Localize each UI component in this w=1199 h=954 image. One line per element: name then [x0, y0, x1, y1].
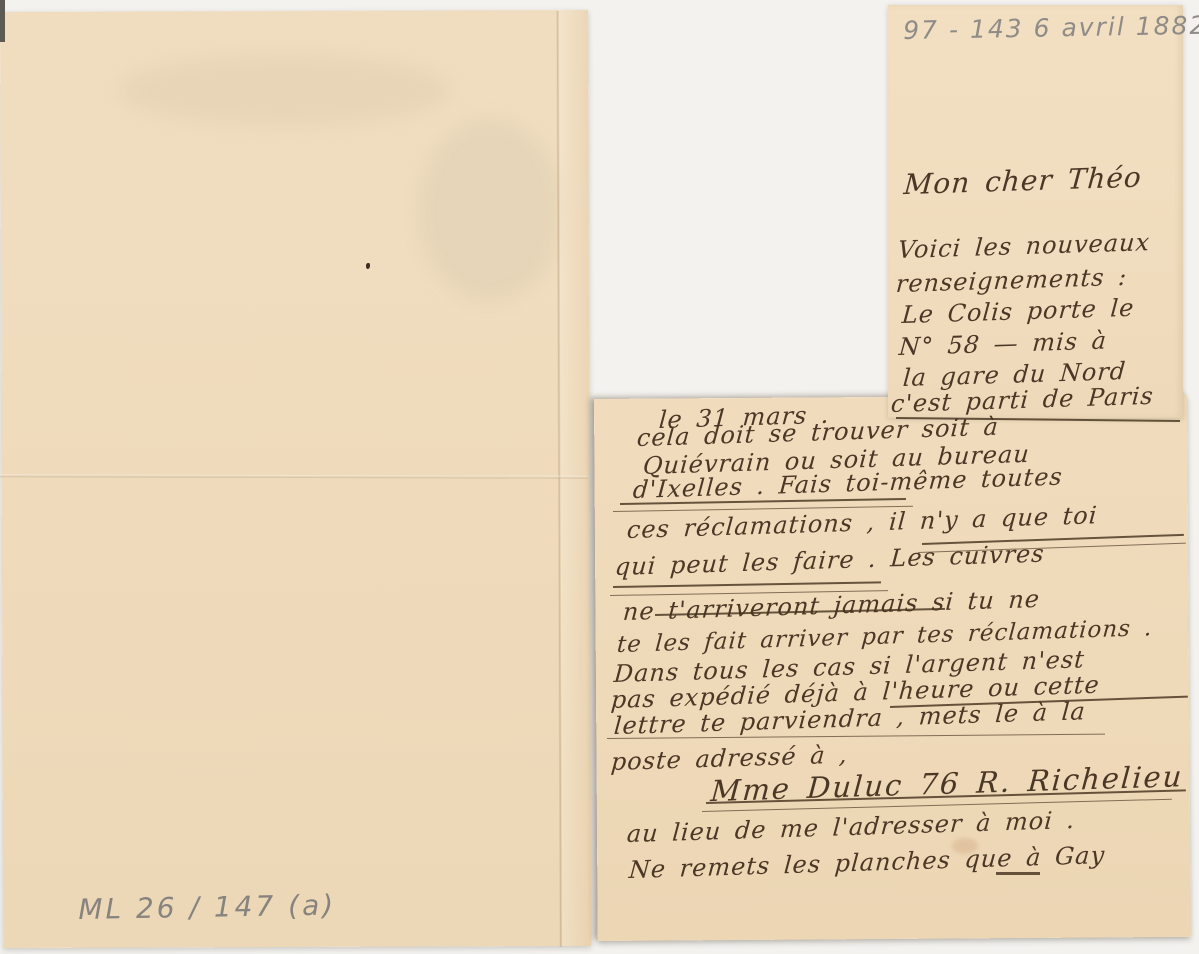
letter-scan-canvas: 97 - 143 6 avril 1882 ML 26 / 147 (a) Mo…	[0, 0, 1199, 954]
scanner-edge-sliver	[0, 0, 5, 42]
pencil-shelfmark: ML 26 / 147 (a)	[78, 888, 336, 925]
pencil-annotation-top: 97 - 143 6 avril 1882	[903, 11, 1199, 45]
blank-verso-sheet	[0, 10, 591, 948]
